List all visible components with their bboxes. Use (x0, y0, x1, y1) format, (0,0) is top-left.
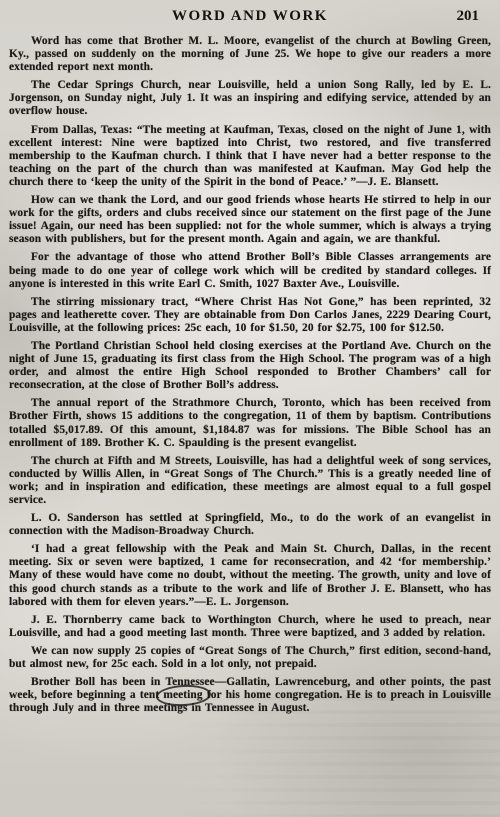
paragraph: We can now supply 25 copies of “Great So… (9, 645, 491, 671)
paragraph: J. E. Thornberry came back to Worthingto… (9, 614, 491, 640)
paragraph: Word has come that Brother M. L. Moore, … (9, 35, 491, 74)
scanned-document-page: WORD AND WORK 201 Word has come that Bro… (0, 0, 500, 817)
paragraph: The annual report of the Strathmore Chur… (9, 397, 491, 449)
paragraph: ‘I had a great fellowship with the Peak … (9, 543, 491, 608)
hand-circled-word: meeting (163, 689, 202, 701)
publication-title: WORD AND WORK (9, 8, 491, 25)
paragraph: The Portland Christian School held closi… (9, 340, 491, 392)
paragraph: The church at Fifth and M Streets, Louis… (9, 455, 491, 507)
paragraph: L. O. Sanderson has settled at Springfie… (9, 512, 491, 538)
paragraph: From Dallas, Texas: “The meeting at Kauf… (9, 124, 491, 189)
paragraph: The stirring missionary tract, “Where Ch… (9, 296, 491, 335)
paragraph: The Cedar Springs Church, near Louisvill… (9, 79, 491, 118)
paragraph: For the advantage of those who attend Br… (9, 251, 491, 290)
paragraph: How can we thank the Lord, and our good … (9, 194, 491, 246)
page-number: 201 (457, 8, 480, 25)
running-head: WORD AND WORK 201 (9, 6, 491, 28)
paragraph-with-annotation: Brother Boll has been in Tennessee—Galla… (9, 676, 491, 715)
article-body: Word has come that Brother M. L. Moore, … (9, 35, 491, 715)
